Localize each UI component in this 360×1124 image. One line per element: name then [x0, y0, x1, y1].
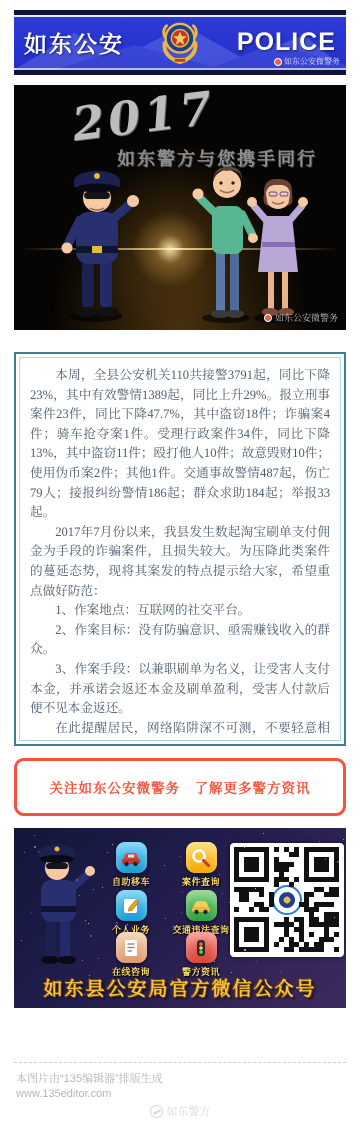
report-paragraph: 3、作案手段：以兼职刷单为名义，让受害人支付本金，并承诺会返还本金及刷单盈利，受…: [30, 660, 330, 719]
qr-code: [230, 843, 344, 957]
weibo-logo-icon: [150, 1105, 163, 1118]
report-paragraph: 在此提醒居民，网络陷阱深不可测，不要轻意相信网络上的兼职，更不可将银行帐号提供别…: [30, 719, 330, 741]
traffic-light-icon: [190, 937, 212, 959]
year-banner-image[interactable]: 2017 如东警方与您携手同行: [14, 85, 346, 330]
police-mascot-illustration: [56, 164, 148, 326]
citizen-couple-illustration: [190, 154, 308, 326]
header-title-cn: 如东公安: [24, 26, 124, 59]
car-check-icon: [190, 895, 212, 917]
service-poster-image[interactable]: 自助移车 案件查询 个人业务: [14, 828, 346, 1008]
police-mascot-small-illustration: [22, 840, 100, 970]
header-banner[interactable]: 如东公安 POLICE 如东公安微警务: [14, 10, 346, 75]
footer-divider: [14, 1062, 346, 1063]
footer-credit: 本图片由“135编辑器”排版生成: [16, 1070, 163, 1086]
service-traffic-violation-query: 交通违法查询: [169, 890, 233, 936]
article-page: 如东公安 POLICE 如东公安微警务 2017 如东警方与您携手同行: [0, 0, 360, 1124]
report-paragraph: 2017年7月份以来，我县发生数起淘宝刷单支付佣金为手段的诈骗案件，且损失较大。…: [30, 523, 330, 601]
magnifier-icon: [190, 847, 212, 869]
follow-cta-banner[interactable]: 关注如东公安微警务 了解更多警方资讯: [14, 758, 346, 816]
qr-center-badge-icon: [272, 885, 302, 915]
qr-finder-icon: [234, 847, 269, 882]
car-icon: [120, 847, 142, 869]
service-online-consult: 在线咨询: [99, 932, 163, 978]
service-personal-business: 个人业务: [99, 890, 163, 936]
weekly-report-text: 本周，全县公安机关110共接警3791起，同比下降23%，其中有效警情1389起…: [19, 357, 341, 741]
follow-cta-text: 关注如东公安微警务 了解更多警方资讯: [50, 777, 311, 797]
footer-watermark: 如东警方: [0, 1103, 360, 1119]
weekly-report-box: 本周，全县公安机关110共接警3791起，同比下降23%，其中有效警情1389起…: [14, 352, 346, 746]
banner-watermark: 如东公安微警务: [264, 311, 338, 324]
wechat-account-badge-icon: [274, 58, 282, 66]
report-paragraph: 本周，全县公安机关110共接警3791起，同比下降23%，其中有效警情1389起…: [30, 366, 330, 523]
service-police-news: 警方资讯: [169, 932, 233, 978]
report-paragraph: 1、作案地点：互联网的社交平台。: [30, 601, 330, 621]
poster-title: 如东县公安局官方微信公众号: [14, 974, 346, 1001]
footer-url[interactable]: www.135editor.com: [16, 1088, 111, 1100]
header-title-en: POLICE: [237, 28, 336, 57]
police-badge-icon: [157, 20, 203, 66]
report-paragraph: 2、作案目标：没有防骗意识、亟需赚钱收入的群众。: [30, 621, 330, 660]
qr-finder-icon: [304, 847, 339, 882]
qr-finder-icon: [234, 917, 269, 952]
service-case-query: 案件查询: [169, 842, 233, 888]
document-icon: [120, 937, 142, 959]
wechat-account-badge-icon: [264, 314, 272, 322]
pencil-icon: [120, 895, 142, 917]
service-move-car: 自助移车: [99, 842, 163, 888]
header-watermark: 如东公安微警务: [274, 56, 340, 67]
